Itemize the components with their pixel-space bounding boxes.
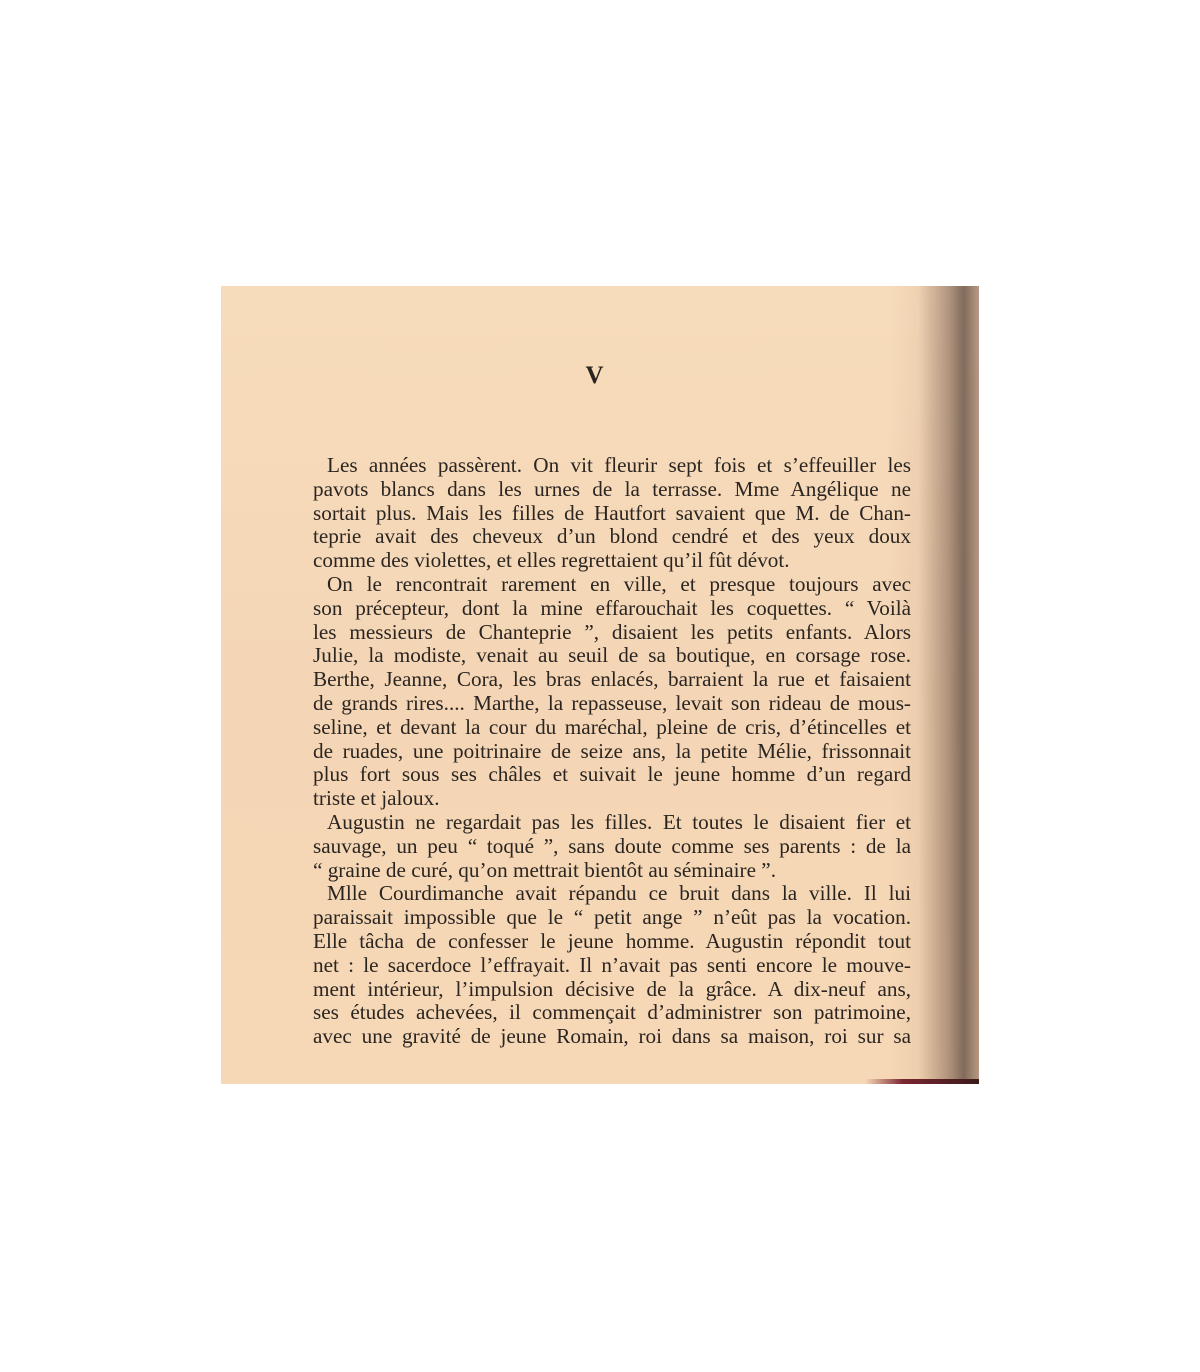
text-line: sauvage, un peu “ toqué ”, sans doute co… [299, 835, 911, 859]
text-line: pavots blancs dans les urnes de la terra… [299, 478, 911, 502]
text-line: ment intérieur, l’impulsion décisive de … [299, 978, 911, 1002]
text-line: Berthe, Jeanne, Cora, les bras enlacés, … [299, 668, 911, 692]
page-body-text: Les années passèrent. On vit fleurir sep… [299, 454, 911, 1049]
paragraph-3: Augustin ne regardait pas les filles. Et… [299, 811, 911, 882]
text-line: avec une gravité de jeune Romain, roi da… [299, 1025, 911, 1049]
text-line: Julie, la modiste, venait au seuil de sa… [299, 644, 911, 668]
text-line: paraissait impossible que le “ petit ang… [299, 906, 911, 930]
text-line: Mlle Courdimanche avait répandu ce bruit… [299, 882, 911, 906]
text-line: comme des violettes, et elles regrettaie… [299, 549, 911, 573]
text-line: sortait plus. Mais les filles de Hautfor… [299, 502, 911, 526]
text-line: les messieurs de Chanteprie ”, disaient … [299, 621, 911, 645]
text-line: triste et jaloux. [299, 787, 911, 811]
text-line: On le rencontrait rarement en ville, et … [299, 573, 911, 597]
text-line: ses études achevées, il commençait d’adm… [299, 1001, 911, 1025]
text-line: “ graine de curé, qu’on mettrait bientôt… [299, 859, 911, 883]
chapter-number: V [221, 362, 969, 390]
text-line: seline, et devant la cour du maréchal, p… [299, 716, 911, 740]
text-line: teprie avait des cheveux d’un blond cend… [299, 525, 911, 549]
text-line: Augustin ne regardait pas les filles. Et… [299, 811, 911, 835]
text-line: Elle tâcha de confesser le jeune homme. … [299, 930, 911, 954]
paragraph-2: On le rencontrait rarement en ville, et … [299, 573, 911, 811]
paragraph-4: Mlle Courdimanche avait répandu ce bruit… [299, 882, 911, 1049]
text-line: Les années passèrent. On vit fleurir sep… [299, 454, 911, 478]
text-line: de ruades, une poitrinaire de seize ans,… [299, 740, 911, 764]
paragraph-1: Les années passèrent. On vit fleurir sep… [299, 454, 911, 573]
text-line: net : le sacerdoce l’effrayait. Il n’ava… [299, 954, 911, 978]
text-line: de grands rires.... Marthe, la repasseus… [299, 692, 911, 716]
text-line: plus fort sous ses châles et suivait le … [299, 763, 911, 787]
text-line: son précepteur, dont la mine effarouchai… [299, 597, 911, 621]
book-page: V Les années passèrent. On vit fleurir s… [221, 286, 979, 1084]
